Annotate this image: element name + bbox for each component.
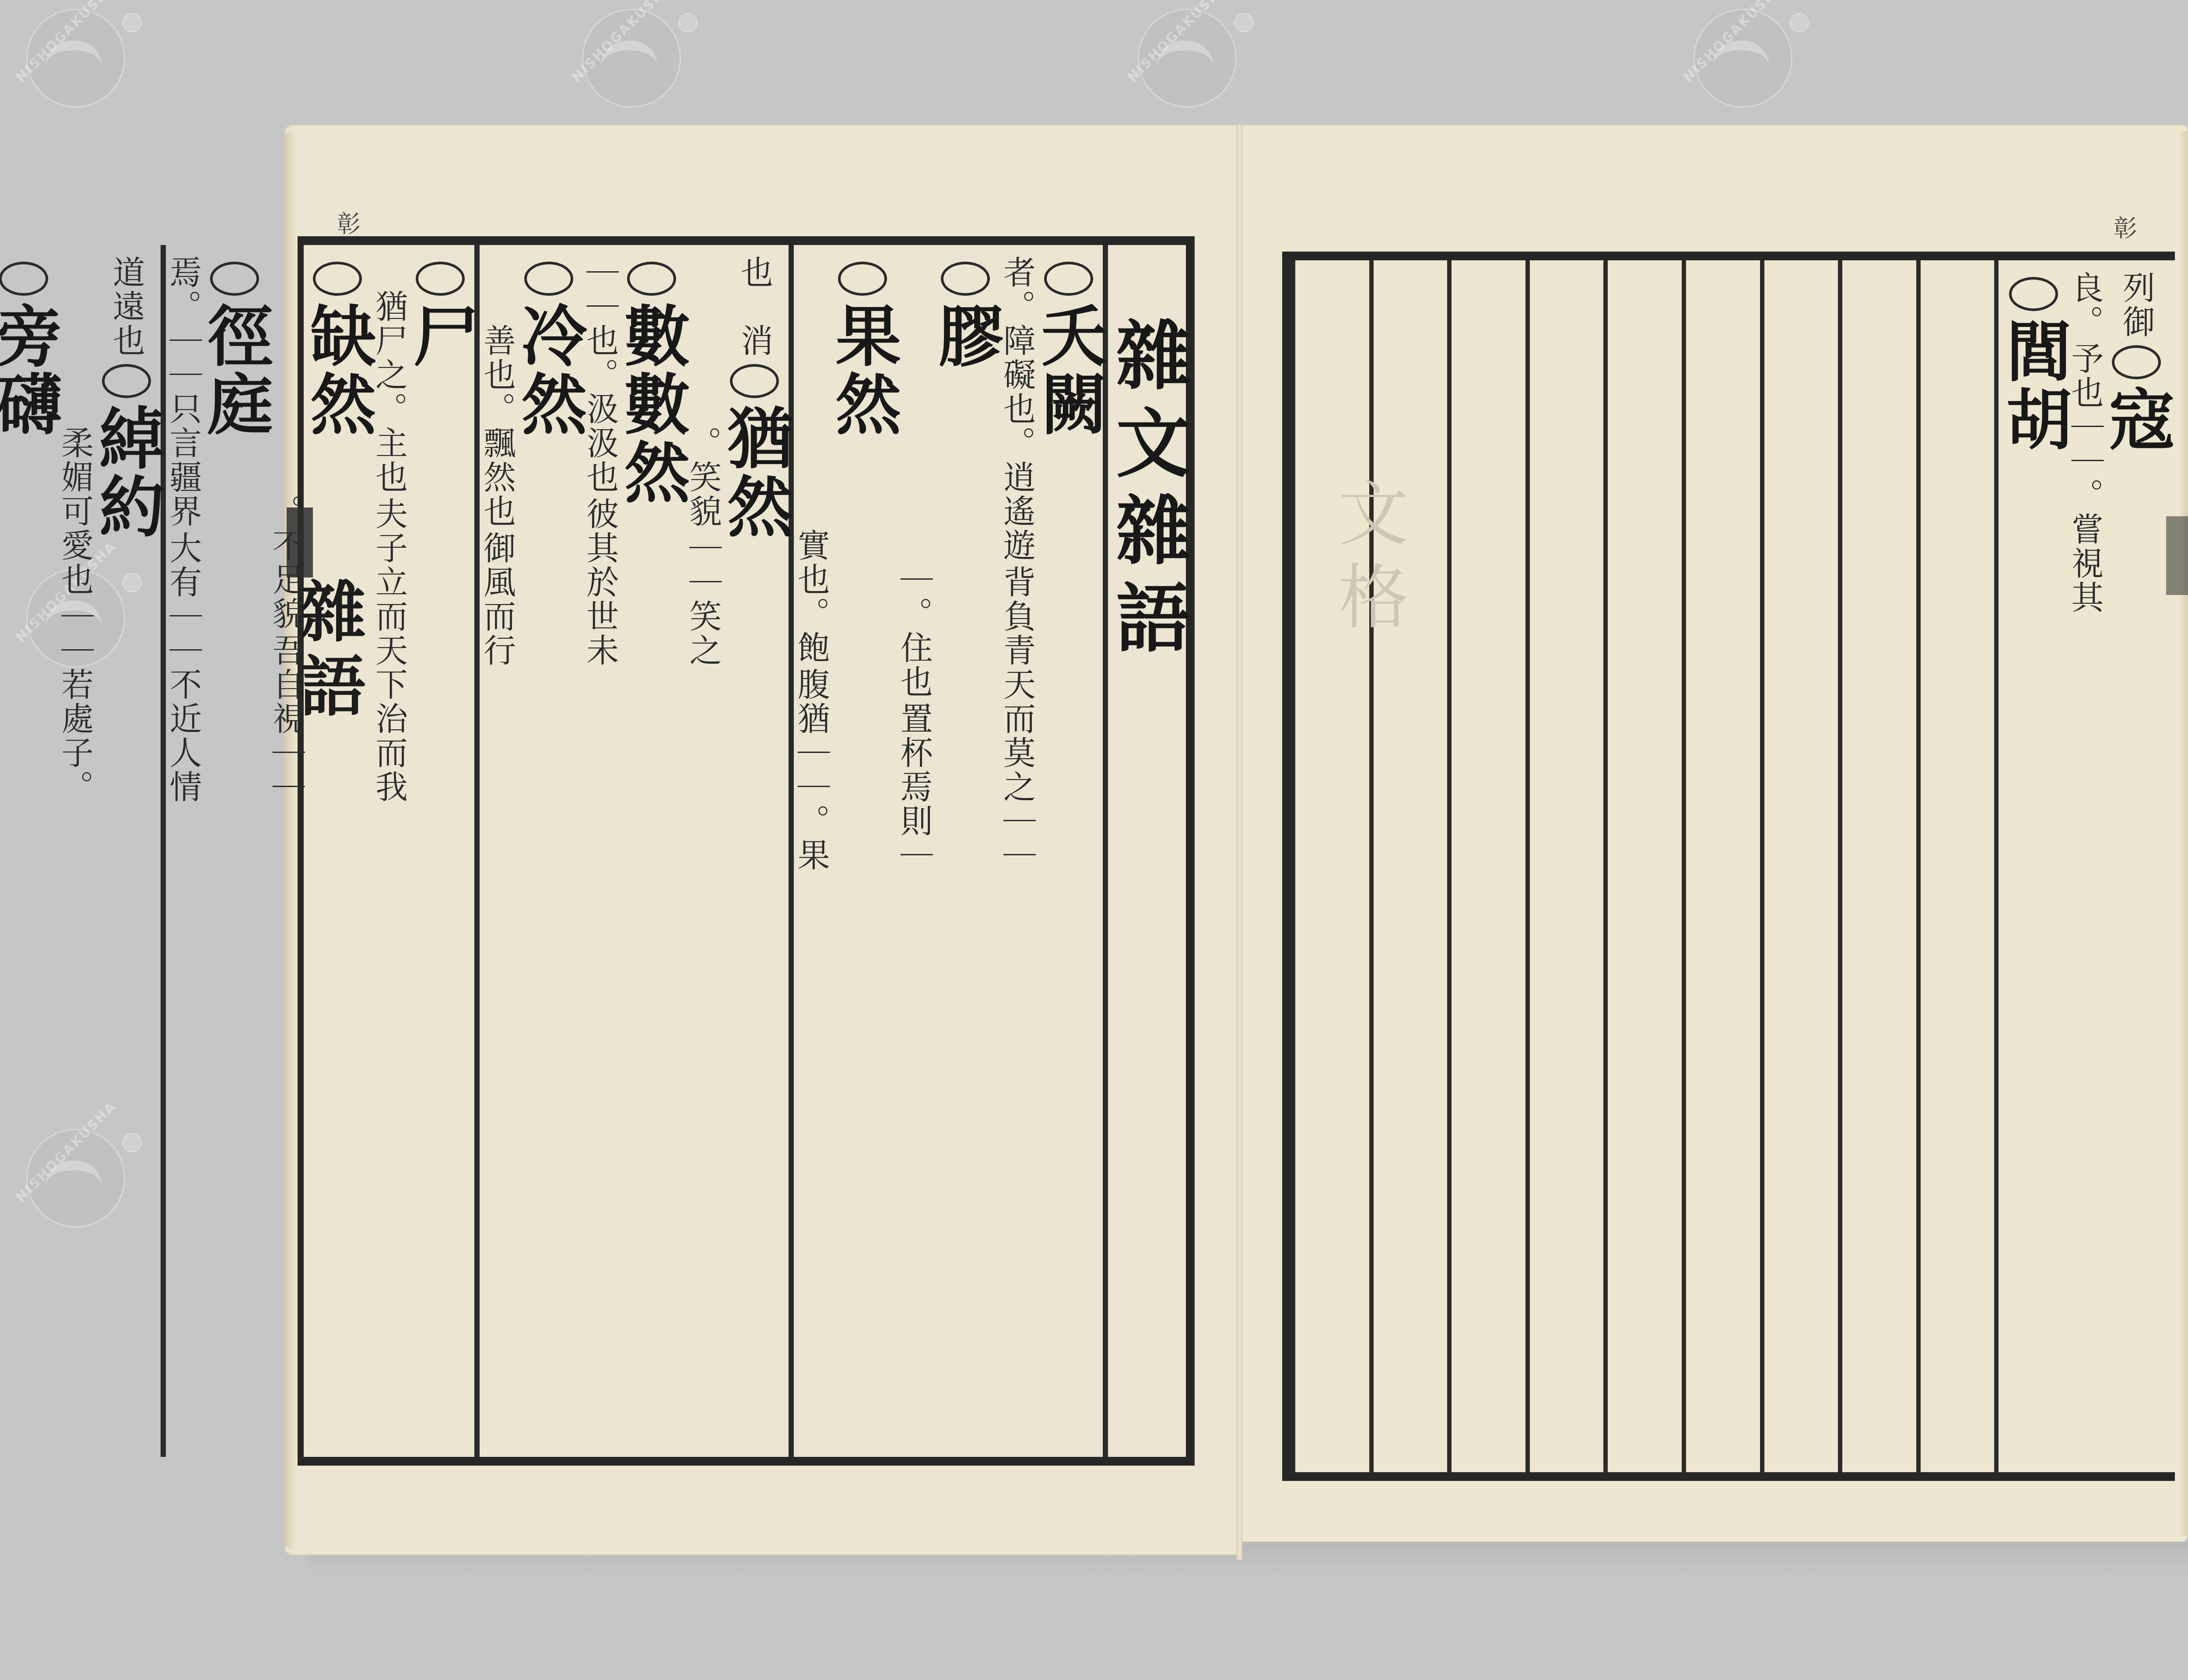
left-side-tab-label: 雜語 xyxy=(280,577,375,726)
gloss-line: 背負青天而莫之｜｜ xyxy=(999,565,1034,872)
left-column-4: 道遠也綽約｜｜若處子。柔媚可愛也旁礴｜｜萬物。混同貌又廣被也。充塞也蘄蘄焉 xyxy=(0,245,161,1457)
headword: 冷然 xyxy=(510,302,587,438)
right-page-columns: 列御寇予也｜｜。嘗視其良。閭胡 xyxy=(1291,260,2170,1472)
gloss-line: 者。障礙也。逍遙遊 xyxy=(999,255,1034,563)
spine-gutter xyxy=(1236,125,1242,1560)
gloss-annotation: 夫子立而天下治而我猶尸之。主也 xyxy=(372,255,406,804)
gloss-line: 予也｜｜。嘗視其 xyxy=(2068,342,2102,615)
preceding-gloss: 列御 xyxy=(2118,271,2155,339)
right-column-1 xyxy=(1916,260,1995,1472)
gloss-line: ｜。住也 xyxy=(897,563,931,699)
gloss-line: ｜｜也。汲汲也 xyxy=(583,255,617,494)
left-side-tab-block xyxy=(287,507,313,577)
entry-circle-marker-icon xyxy=(2009,277,2058,311)
gloss-line: 良。 xyxy=(2068,271,2102,339)
gloss-annotation: 大有｜｜不近人情焉。｜｜只言疆界 xyxy=(166,255,200,804)
headword: 缺然 xyxy=(299,302,376,438)
preceding-gloss: 道遠也 xyxy=(108,255,145,358)
gloss-line: 腹猶｜｜。果 xyxy=(794,668,828,872)
entry-circle-marker-icon xyxy=(313,262,362,296)
headword: 數數然 xyxy=(613,302,690,507)
gloss-annotation: 背負青天而莫之｜｜者。障礙也。逍遙遊 xyxy=(999,255,1034,872)
right-column-0: 列御寇予也｜｜。嘗視其良。閭胡 xyxy=(1994,260,2170,1472)
gloss-line: 焉。｜｜只言疆界 xyxy=(166,255,200,528)
gloss-line: 夫子立而天下治而我 xyxy=(372,497,406,804)
gloss-annotation: 腹猶｜｜。果實也。飽 xyxy=(794,255,828,872)
column-text: 道遠也綽約｜｜若處子。柔媚可愛也旁礴｜｜萬物。混同貌又廣被也。充塞也蘄蘄焉 xyxy=(0,245,161,804)
right-column-9 xyxy=(1291,260,1369,1472)
watermark-dot xyxy=(123,13,142,32)
entry-circle-marker-icon xyxy=(730,364,779,398)
gloss-line: 善也。飄然也 xyxy=(480,324,514,528)
headword: 夭闕 xyxy=(1030,302,1107,438)
right-page-ghost-title: 文格 xyxy=(1317,477,1418,643)
right-column-2 xyxy=(1838,260,1916,1472)
headword: 雜文雜語 xyxy=(1103,255,1191,667)
watermark-dot xyxy=(1234,13,1253,32)
left-page-mark: 彰 xyxy=(337,206,361,239)
headword: 綽約 xyxy=(88,404,165,541)
gloss-line: ｜｜笑之 xyxy=(686,531,720,668)
headword: 猶然 xyxy=(716,404,793,541)
right-column-8 xyxy=(1369,260,1448,1472)
entry-circle-marker-icon xyxy=(2112,345,2161,379)
gloss-annotation: 置杯焉則｜｜。住也 xyxy=(897,255,931,872)
column-text: 列御寇予也｜｜。嘗視其良。閭胡 xyxy=(1999,260,2170,615)
left-column-2: 也 消猶然｜｜笑之。笑貌數數然彼其於世未｜｜也。汲汲也冷然御風而行善也。飄然也 xyxy=(474,245,789,1457)
entry-circle-marker-icon xyxy=(1044,262,1093,296)
gloss-annotation: 御風而行善也。飄然也 xyxy=(480,255,514,668)
right-column-7 xyxy=(1447,260,1525,1472)
gloss-annotation: ｜｜笑之。笑貌 xyxy=(686,255,720,668)
headword: 閭胡 xyxy=(1995,317,2072,454)
right-column-6 xyxy=(1525,260,1604,1472)
left-page-columns: 雜文雜語夭闕背負青天而莫之｜｜者。障礙也。逍遙遊膠置杯焉則｜｜。住也果然腹猶｜｜… xyxy=(306,245,1186,1457)
right-side-tab-label: 文格 xyxy=(2170,591,2188,739)
gloss-line: 猶尸之。主也 xyxy=(372,290,406,494)
gloss-annotation: ｜｜若處子。柔媚可愛也 xyxy=(58,255,92,804)
entry-circle-marker-icon xyxy=(838,262,887,296)
entry-circle-marker-icon xyxy=(0,262,48,296)
column-text: 夭闕背負青天而莫之｜｜者。障礙也。逍遙遊膠置杯焉則｜｜。住也果然腹猶｜｜。果實也… xyxy=(794,245,1103,872)
left-column-0: 雜文雜語 xyxy=(1103,245,1186,1457)
entry-circle-marker-icon xyxy=(627,262,676,296)
left-column-3: 尸夫子立而天下治而我猶尸之。主也缺然吾自視｜｜。不足貌徑庭大有｜｜不近人情焉。｜… xyxy=(161,245,475,1457)
entry-circle-marker-icon xyxy=(416,262,465,296)
gloss-line: 柔媚可愛也 xyxy=(58,426,92,597)
headword: 果然 xyxy=(824,302,901,438)
column-text: 雜文雜語 xyxy=(1108,245,1186,667)
entry-circle-marker-icon xyxy=(210,262,259,296)
entry-circle-marker-icon xyxy=(941,262,990,296)
gloss-line: 御風而行 xyxy=(480,531,514,668)
right-column-3 xyxy=(1760,260,1838,1472)
headword: 徑庭 xyxy=(196,302,273,438)
gloss-line: 實也。飽 xyxy=(794,528,828,665)
right-column-4 xyxy=(1682,260,1760,1472)
headword: 寇 xyxy=(2098,385,2175,454)
headword: 尸 xyxy=(402,302,479,370)
gloss-annotation: 予也｜｜。嘗視其良。 xyxy=(2068,271,2102,615)
entry-circle-marker-icon xyxy=(524,262,573,296)
column-text: 也 消猶然｜｜笑之。笑貌數數然彼其於世未｜｜也。汲汲也冷然御風而行善也。飄然也 xyxy=(480,245,789,668)
right-page-mark: 彰 xyxy=(2114,210,2137,244)
entry-circle-marker-icon xyxy=(102,364,151,398)
gloss-line: 。笑貌 xyxy=(686,426,720,528)
preceding-gloss: 也 消 xyxy=(736,255,773,358)
headword: 旁礴 xyxy=(0,302,62,438)
gloss-line: ｜｜若處子。 xyxy=(58,599,92,804)
watermark-dot xyxy=(1790,13,1809,32)
gloss-line: 置杯焉則｜ xyxy=(897,702,931,872)
headword: 膠 xyxy=(927,302,1004,370)
right-side-tab-block xyxy=(2166,516,2188,595)
gloss-line: 大有｜｜不近人情 xyxy=(166,531,200,804)
gloss-annotation: 彼其於世未｜｜也。汲汲也 xyxy=(583,255,617,668)
right-fore-edge xyxy=(2179,131,2188,1536)
right-column-5 xyxy=(1603,260,1682,1472)
gloss-line: 彼其於世未 xyxy=(583,497,617,668)
left-column-1: 夭闕背負青天而莫之｜｜者。障礙也。逍遙遊膠置杯焉則｜｜。住也果然腹猶｜｜。果實也… xyxy=(789,245,1103,1457)
watermark-dot xyxy=(678,13,698,32)
